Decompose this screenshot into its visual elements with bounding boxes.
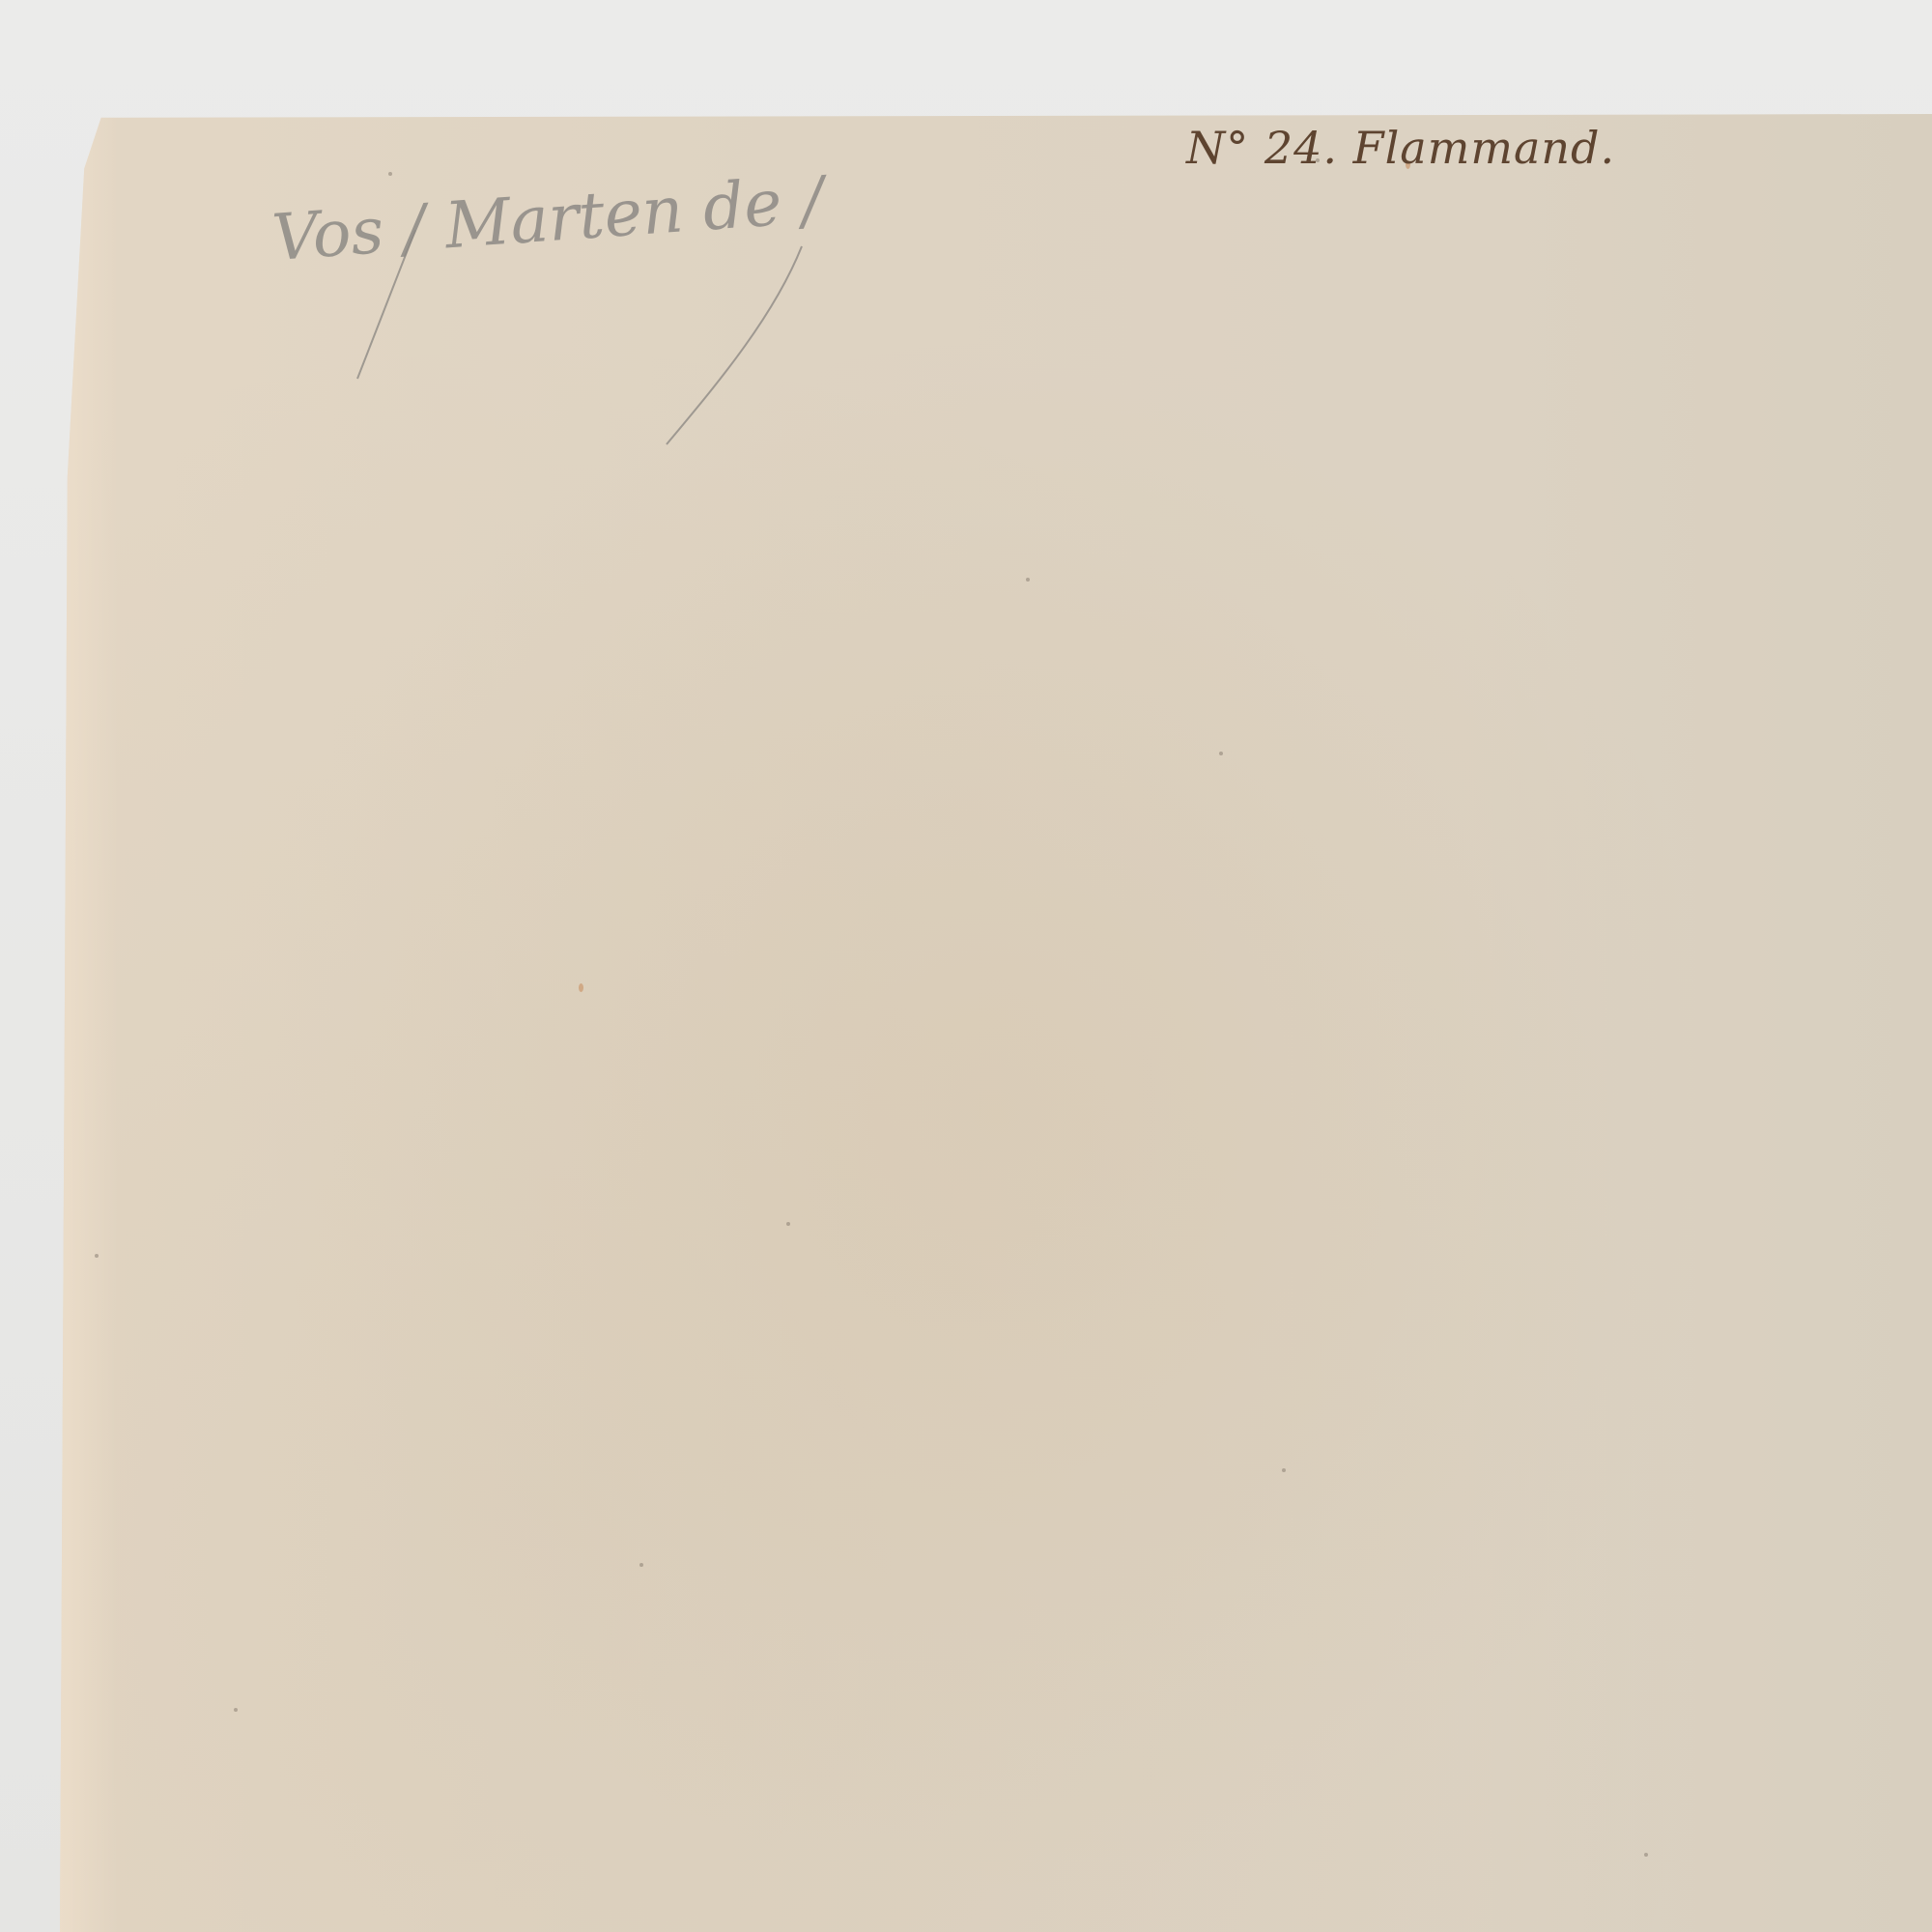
photo-scene: N° 24. Flammand. Vos / Marten de / [0, 0, 1932, 1932]
paper-speck [1026, 578, 1030, 582]
paper-speck [786, 1222, 790, 1226]
paper-speck [234, 1708, 238, 1712]
paper-speck [95, 1254, 99, 1258]
rust-spot [579, 983, 583, 992]
paper-speck [1644, 1853, 1648, 1857]
paper-speck [639, 1563, 643, 1567]
inventory-number-inscription: N° 24. Flammand. [1186, 122, 1615, 174]
paper-sheet [60, 114, 1932, 1932]
paper-speck [1219, 752, 1223, 755]
paper-speck [1282, 1468, 1286, 1472]
paper-speck [388, 172, 392, 176]
